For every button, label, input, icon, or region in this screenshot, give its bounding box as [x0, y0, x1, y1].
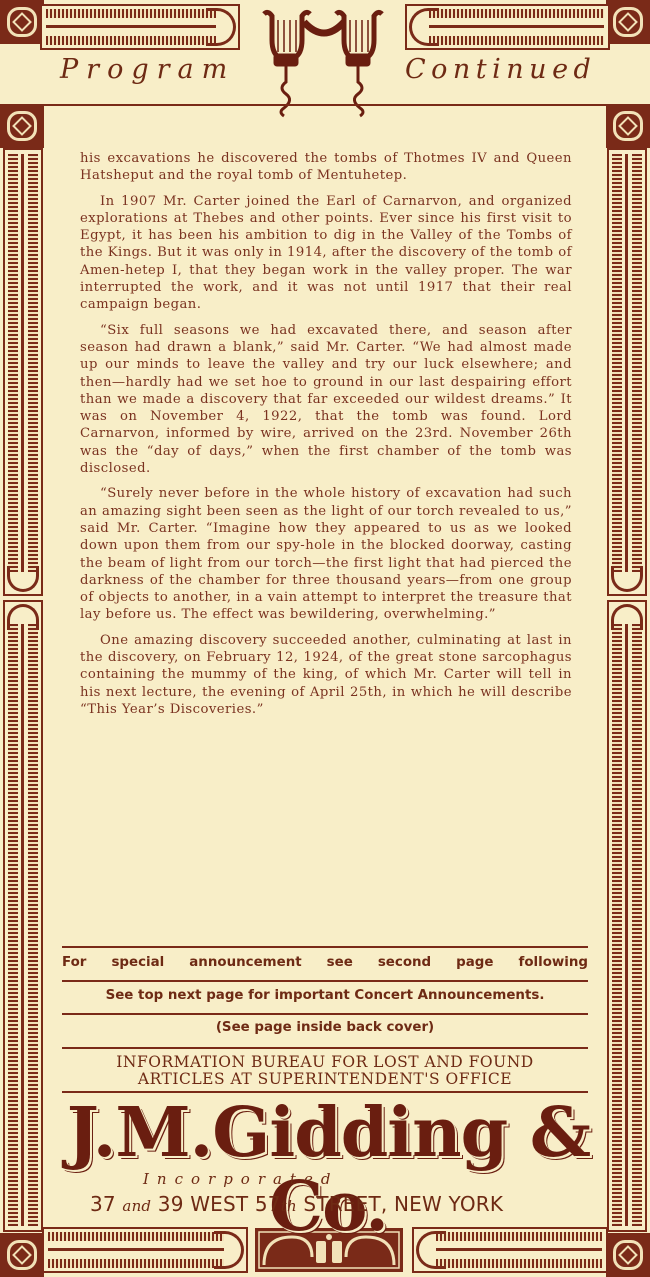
address-number: 37: [90, 1192, 116, 1216]
header-title-right: Continued: [405, 54, 596, 85]
right-border-bar-lower: [607, 600, 647, 1232]
paragraph: “Six full seasons we had excavated there…: [80, 322, 572, 478]
announcement-back-cover: (See page inside back cover): [62, 1020, 588, 1035]
side-ornament-right-upper: [606, 104, 650, 148]
corner-ornament-top-left: [0, 0, 44, 44]
divider-rule: [62, 1013, 588, 1015]
information-bureau-line2: ARTICLES AT SUPERINTENDENT'S OFFICE: [62, 1071, 588, 1088]
left-border-bar-lower: [3, 600, 43, 1232]
paragraph: One amazing discovery succeeded another,…: [80, 632, 572, 718]
corner-ornament-bottom-right: [606, 1233, 650, 1277]
divider-rule: [62, 1047, 588, 1049]
paragraph: In 1907 Mr. Carter joined the Earl of Ca…: [80, 193, 572, 314]
left-border-upper-stripes: [4, 44, 40, 48]
advertiser-address: 37 and 39 WEST 57th STREET, NEW YORK: [90, 1192, 590, 1216]
address-ordinal: th: [281, 1197, 297, 1215]
paragraph: “Surely never before in the whole histor…: [80, 485, 572, 623]
paragraph: his excavations he discovered the tombs …: [80, 150, 572, 185]
information-bureau-line1: INFORMATION BUREAU FOR LOST AND FOUND: [62, 1054, 588, 1071]
address-city: STREET, NEW YORK: [297, 1192, 503, 1216]
address-and: and: [122, 1197, 151, 1215]
corner-ornament-top-right: [606, 0, 650, 44]
top-right-border-bar: [405, 4, 610, 50]
right-border-bar-upper: [607, 148, 647, 596]
side-ornament-left-upper: [0, 104, 44, 148]
announcement-concert: See top next page for important Concert …: [62, 988, 588, 1003]
header-title-left: Program: [60, 54, 235, 85]
header-rule: [42, 104, 608, 106]
article-body: his excavations he discovered the tombs …: [80, 150, 572, 726]
program-page: Program Continued his e: [0, 0, 650, 1277]
top-left-border-bar: [40, 4, 240, 50]
divider-rule: [62, 980, 588, 982]
corner-ornament-bottom-left: [0, 1233, 44, 1277]
left-border-bar-upper: [3, 148, 43, 596]
address-street-number: 39 WEST 57: [158, 1192, 281, 1216]
advertiser-incorporated: Incorporated: [143, 1170, 338, 1188]
divider-rule: [62, 946, 588, 948]
announcement-special: For special announcement see second page…: [62, 955, 588, 970]
